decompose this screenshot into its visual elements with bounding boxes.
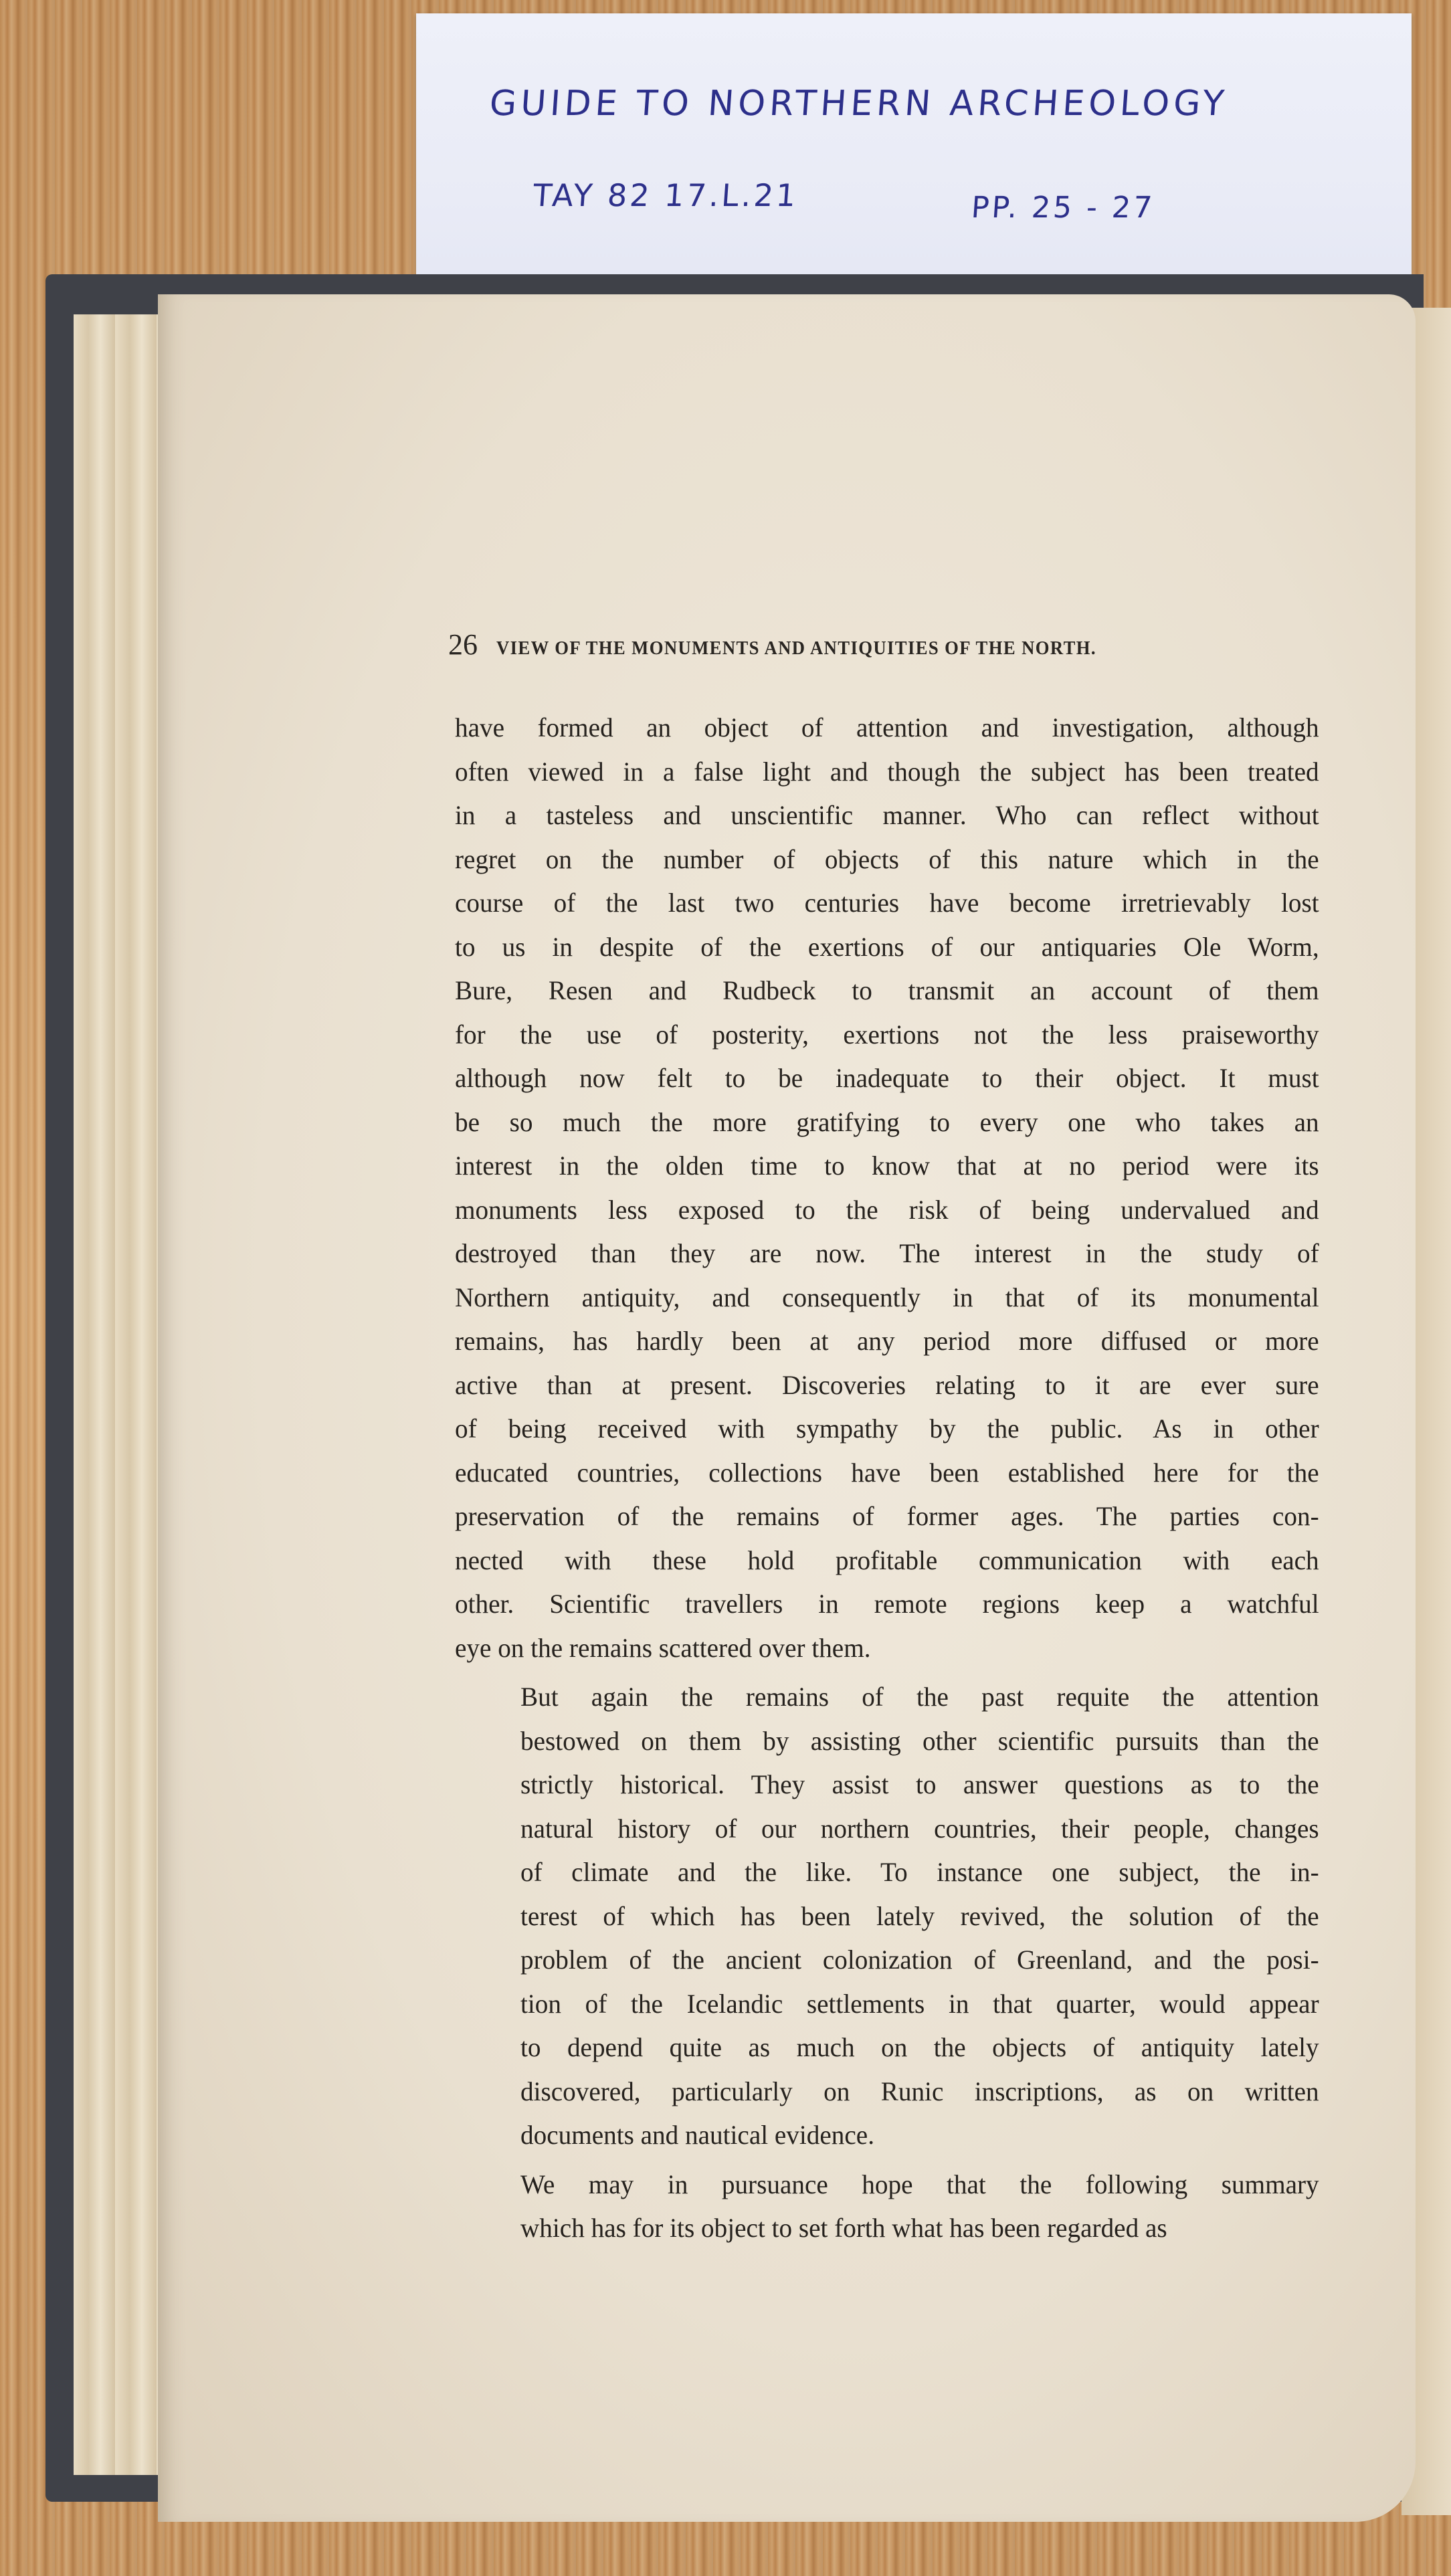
text-line: have formed an object of attention and i… — [455, 706, 1319, 750]
text-line: often viewed in a false light and though… — [455, 750, 1319, 794]
text-line: But again the remains of the past requit… — [455, 1675, 1319, 1719]
paragraph: But again the remains of the past requit… — [455, 1675, 1319, 2157]
text-line: natural history of our northern countrie… — [455, 1807, 1319, 1851]
text-line: bestowed on them by assisting other scie… — [455, 1719, 1319, 1763]
text-line: regret on the number of objects of this … — [455, 837, 1319, 882]
text-line: terest of which has been lately revived,… — [455, 1894, 1319, 1939]
text-line: Northern antiquity, and consequently in … — [455, 1276, 1319, 1320]
text-line: preservation of the remains of former ag… — [455, 1494, 1319, 1539]
text-line: monuments less exposed to the risk of be… — [455, 1188, 1319, 1232]
text-line: interest in the olden time to know that … — [455, 1144, 1319, 1188]
text-line: Bure, Resen and Rudbeck to transmit an a… — [455, 969, 1319, 1013]
paragraph: have formed an object of attention and i… — [455, 706, 1319, 1670]
text-line: which has for its object to set forth wh… — [455, 2206, 1319, 2250]
text-line: for the use of posterity, exertions not … — [455, 1013, 1319, 1057]
text-line: although now felt to be inadequate to th… — [455, 1056, 1319, 1100]
text-line: educated countries, collections have bee… — [455, 1451, 1319, 1495]
text-line: destroyed than they are now. The interes… — [455, 1231, 1319, 1276]
text-line: We may in pursuance hope that the follow… — [455, 2163, 1319, 2207]
page-number: 26 — [448, 627, 478, 662]
text-line: to us in despite of the exertions of our… — [455, 925, 1319, 969]
text-line: active than at present. Discoveries rela… — [455, 1363, 1319, 1407]
paragraph: We may in pursuance hope that the follow… — [455, 2163, 1319, 2250]
text-line: to depend quite as much on the objects o… — [455, 2025, 1319, 2070]
page-body-text: have formed an object of attention and i… — [455, 706, 1319, 2256]
text-line: in a tasteless and unscientific manner. … — [455, 793, 1319, 837]
running-head: 26 View of the Monuments and Antiquities… — [448, 627, 1331, 662]
text-line: of climate and the like. To instance one… — [455, 1850, 1319, 1894]
text-line: be so much the more gratifying to every … — [455, 1100, 1319, 1145]
text-line: eye on the remains scattered over them. — [455, 1626, 1319, 1670]
text-line: course of the last two centuries have be… — [455, 881, 1319, 925]
text-line: strictly historical. They assist to answ… — [455, 1763, 1319, 1807]
card-shelfmark: TAY 82 17.L.21 — [532, 177, 799, 213]
card-title: GUIDE TO NORTHERN ARCHEOLOGY — [488, 84, 1230, 124]
text-line: tion of the Icelandic settlements in tha… — [455, 1982, 1319, 2026]
text-line: problem of the ancient colonization of G… — [455, 1938, 1319, 1982]
running-head-title: View of the Monuments and Antiquities of… — [496, 637, 1096, 660]
text-line: other. Scientific travellers in remote r… — [455, 1582, 1319, 1626]
text-line: remains, has hardly been at any period m… — [455, 1319, 1319, 1363]
text-line: documents and nautical evidence. — [455, 2113, 1319, 2157]
card-page-range: PP. 25 - 27 — [970, 191, 1156, 225]
text-line: of being received with sympathy by the p… — [455, 1407, 1319, 1451]
text-line: nected with these hold profitable commun… — [455, 1539, 1319, 1583]
text-line: discovered, particularly on Runic inscri… — [455, 2070, 1319, 2114]
